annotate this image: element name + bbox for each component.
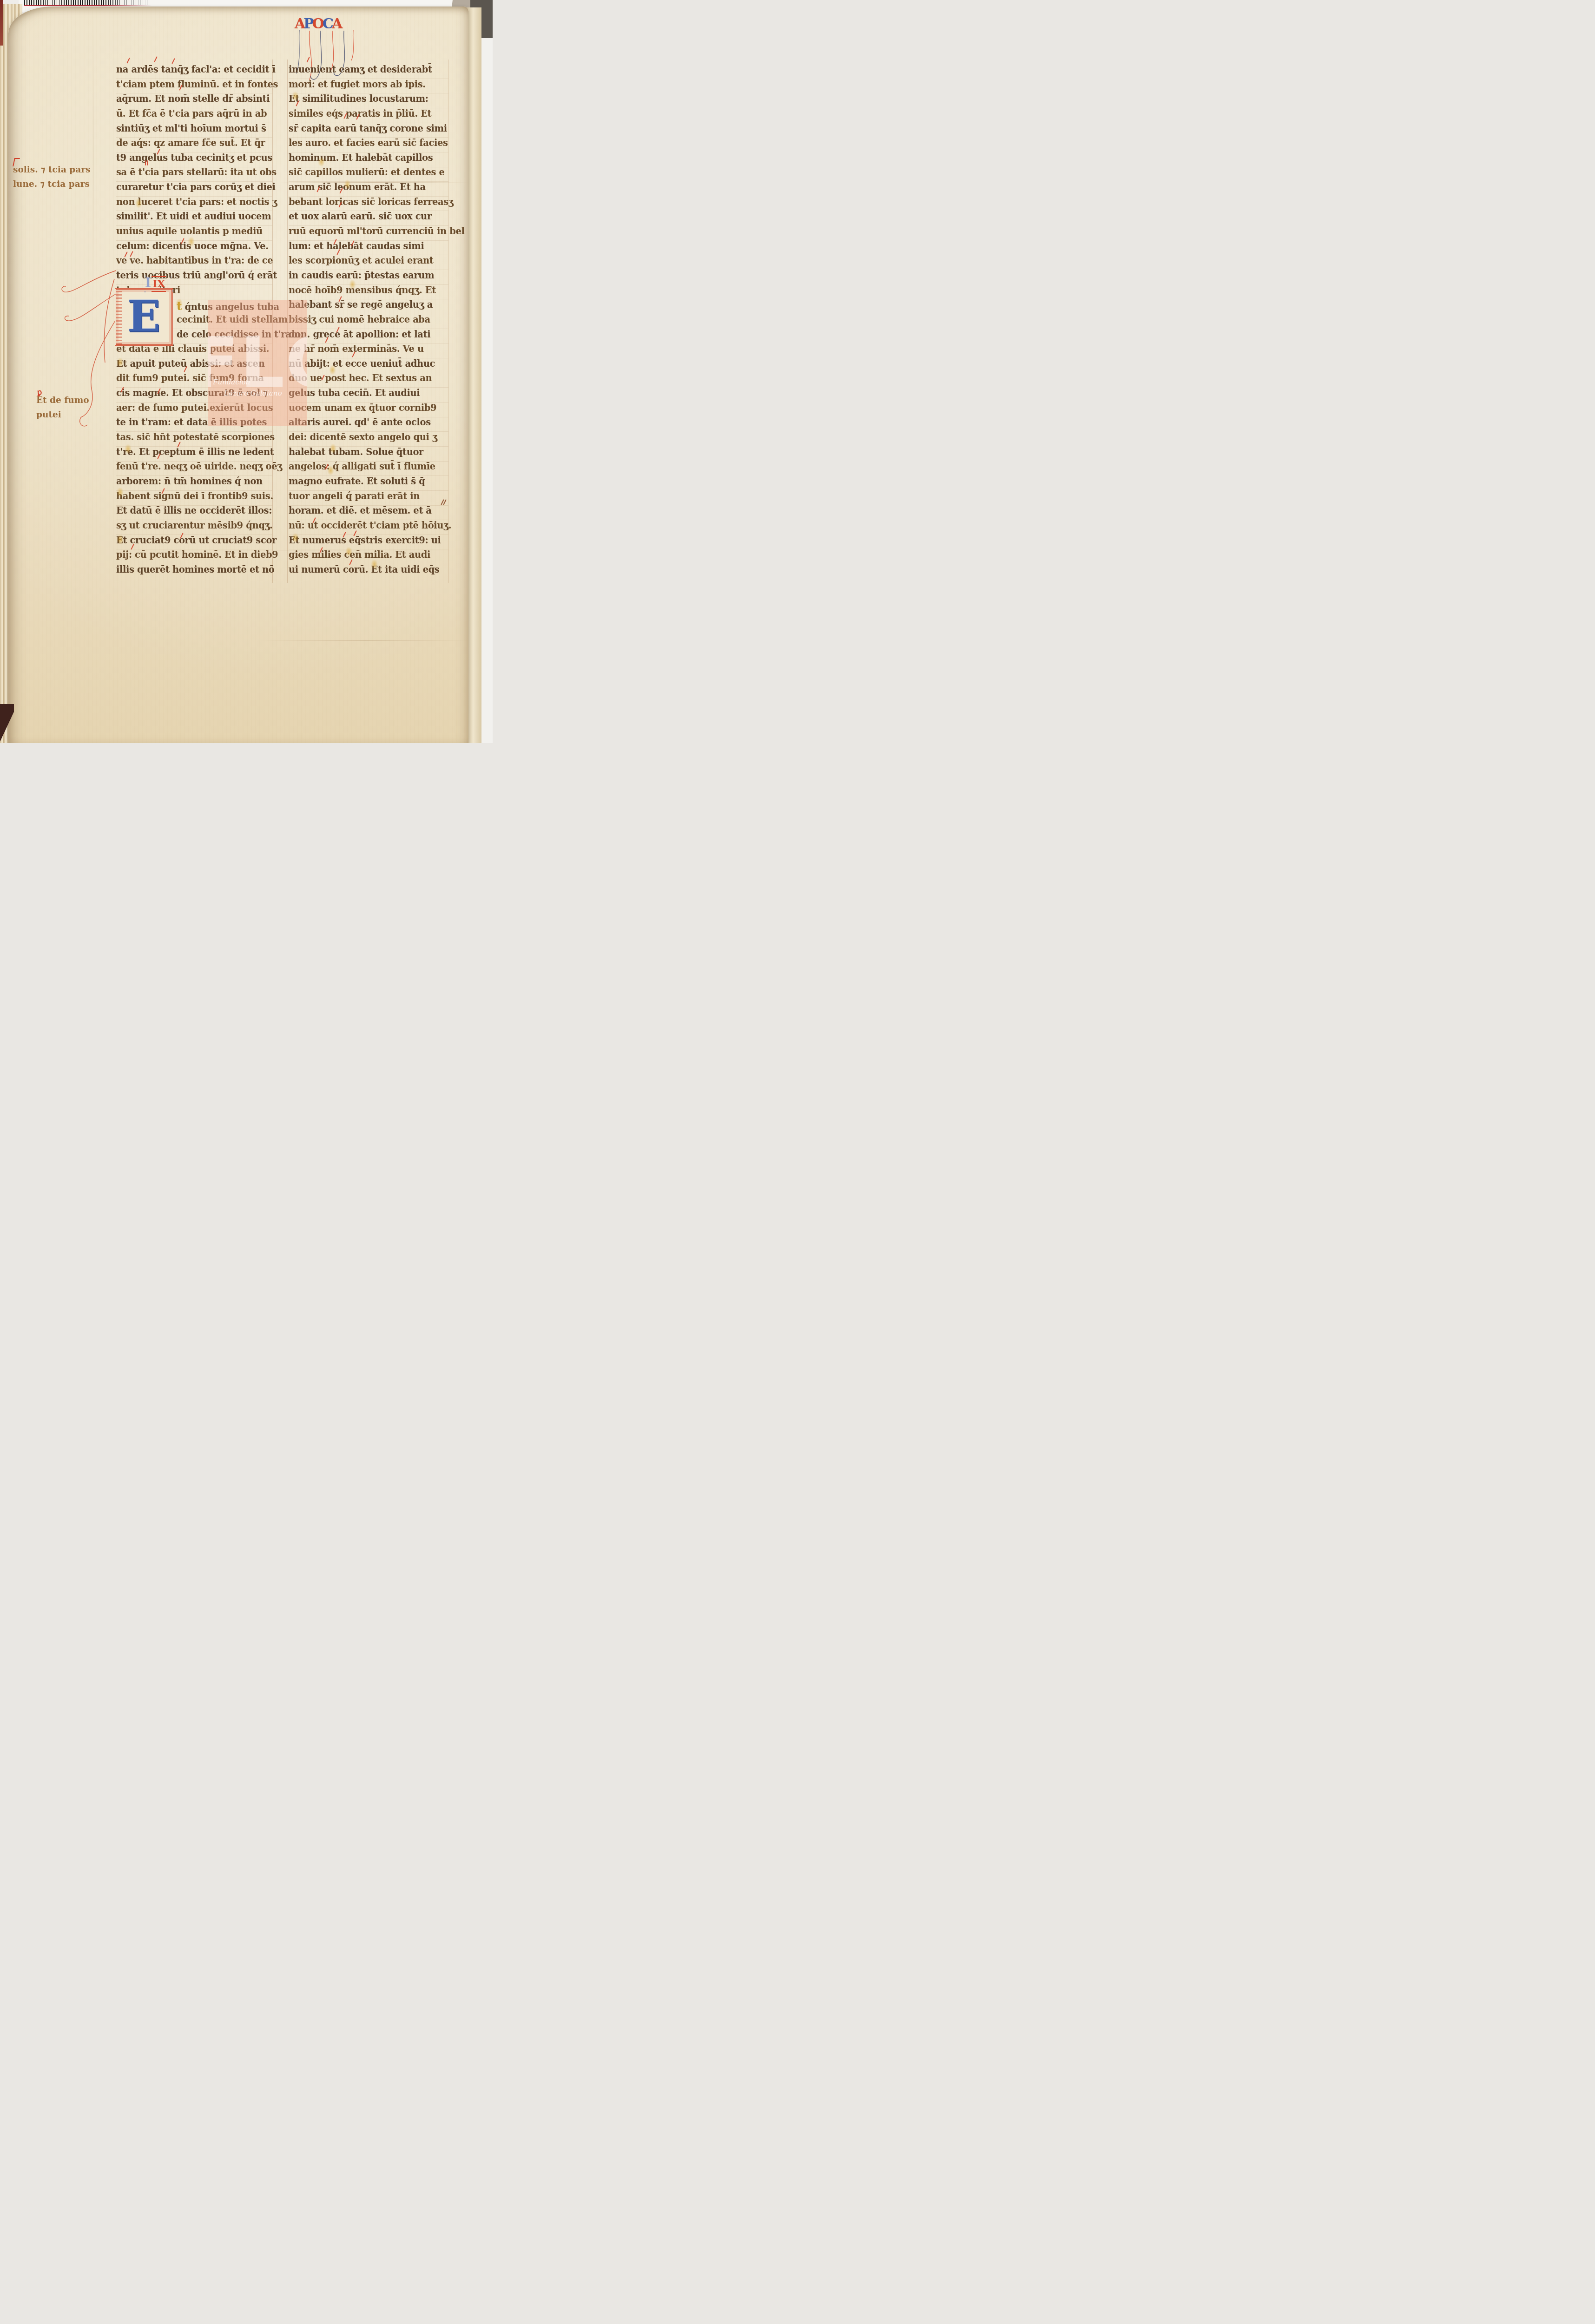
manuscript-photo: APOCA na ardēs tanq̄ʒ facl'a: et cecidit… [0,0,493,743]
gold-highlight [327,465,334,475]
margin-note-fumo: Et de fumo putei [36,393,89,422]
text-line: Et datū ē illis ne occiderēt illos: [116,505,272,520]
text-line: de aq́s: qz amare fc̄e sut̄. Et q̄r [116,138,272,152]
red-insert-stroke [147,160,148,165]
chapter-number: IX [152,276,166,292]
decorated-initial-E: E [115,288,173,346]
text-line: curaretur t'cia pars corūʒ et diei [116,182,272,197]
text-line: ū. Et fc̄a ē t'cia pars aq̄rū in ab [116,108,272,123]
margin-note-text: Et de fumo [36,393,89,408]
gold-highlight [117,357,124,368]
measuring-ruler [24,0,160,6]
text-line: halebat tubam. Solue q̄tuor [289,447,448,462]
text-line: fenū t're. neqʒ oē uiride. neqʒ oēʒ [116,461,272,476]
text-line: don. grece āt apollion: et lati [289,329,448,344]
text-line: habent signū dei ī frontib9 suis. [116,491,272,506]
text-line: arborem: n̄ tm̄ homines q́ non [116,476,272,491]
text-line: t9 angelus tuba cecinitʒ et pcus [116,152,272,167]
margin-note-text: lune. ⁊ tcia pars [13,177,90,191]
gold-highlight [344,179,351,190]
text-line: halebant sr̄ se regē angeluʒ a [289,299,448,314]
text-line: similit'. Et uidi et audiui uocem [116,211,272,226]
text-line: les scorpionūʒ et aculei erant [289,255,448,270]
text-line: aq̄rum. Et nom̄ stelle dr̄ absinti [116,93,272,108]
gold-highlight [135,198,142,208]
gold-highlight [371,559,378,569]
text-line: bebant loricas sic̄ loricas ferreasʒ [289,197,448,211]
text-line: ui numerū corū. Et ita uidi eq̄s [289,564,448,579]
stock-watermark: FLG Fundación Lázaro Galdiano [208,300,307,426]
text-line: t're. Et pceptum ē illis ne ledent [116,447,272,462]
text-line: pij: cū pcutit hominē. Et in dieb9 [116,549,272,564]
text-line: lum: et halebāt caudas simi [289,241,448,256]
text-line: arum sic̄ leonum erāt. Et ha [289,182,448,197]
gold-highlight [345,547,352,557]
text-line: magno eufrate. Et soluti s̄ q̄ [289,476,448,491]
red-insert-stroke [145,160,146,165]
text-line: sa ē t'cia pars stellarū: ita ut obs [116,167,272,182]
watermark-caption: Lázaro Galdiano [224,389,282,397]
chapter-blue-stroke: I [145,275,151,290]
text-line: gies milies cen̄ milia. Et audi [289,549,448,564]
text-line: mori: et fugiet mors ab ipis. [289,79,448,94]
text-line: altaris aurei. qd' ē ante oclos [289,417,448,432]
gold-highlight [330,443,336,454]
parchment-fold [49,10,49,252]
text-line: les auro. et facies earū sic̄ facies [289,138,448,152]
text-line: t'ciam ptem fluminū. et in fontes [116,79,272,94]
text-line: teris uocibus triū angl'orū q́ erāt [116,270,272,285]
text-line: bissiʒ cui nomē hebraice aba [289,314,448,329]
gold-highlight [117,487,124,497]
text-line: inuenient eamʒ et desiderabt̄ [289,64,448,79]
text-line: ruū equorū ml'torū currenciū in bel [289,226,448,241]
text-line: horam. et diē. et mēsem. et ā [289,505,448,520]
margin-note-solis: solis. ⁊ tcia pars lune. ⁊ tcia pars [13,163,90,191]
text-line: hominum. Et halebāt capillos [289,152,448,167]
text-line: angelos: q́ alligati sut̄ ī flumīe [289,461,448,476]
text-line: tas. sic̄ hn̄t potestatē scorpiones [116,432,272,447]
text-line: illis querēt homines mortē et nō [116,564,272,579]
parchment-crease [260,640,469,641]
text-line: duo ue post hec. Et sextus an [289,373,448,388]
text-line: ne hr̄ nom̄ exterminās. Ve u [289,343,448,358]
gold-highlight [125,444,132,454]
gold-highlight [188,237,195,247]
binding-corner [0,704,14,743]
text-line: ve ve. habitantibus in t'ra: de ce [116,255,272,270]
text-line: sic̄ capillos mulierū: et dentes e [289,167,448,182]
text-line: na ardēs tanq̄ʒ facl'a: et cecidit ī [116,64,272,79]
text-line: Et cruciat9 corū ut cruciat9 scor [116,535,272,550]
text-line: Et similitudines locustarum: [289,93,448,108]
watermark-letters: FLG [208,303,307,423]
text-column-right: inuenient eamʒ et desiderabt̄mori: et fu… [289,64,448,579]
margin-note-text: solis. ⁊ tcia pars [13,163,90,177]
margin-note-text: putei [36,408,89,422]
text-line: sʒ ut cruciarentur mēsib9 q́nqʒ. [116,520,272,535]
text-line: in caudis earū: p̄testas earum [289,270,448,285]
gold-highlight [292,91,299,101]
chapter-number-ornament: I IX [147,276,171,293]
gold-highlight [176,298,183,309]
gold-highlight [349,279,356,290]
text-line: similes eq́s paratis in p̄liū. Et [289,108,448,123]
text-line: gelus tuba cecin̄. Et audiui [289,388,448,403]
watermark-caption: Fundación [213,378,250,386]
text-line: sr̄ capita earū tanq̄ʒ corone simi [289,123,448,138]
initial-letter: E [127,291,161,342]
text-line: dei: dicentē sexto angelo qui ʒ [289,432,448,447]
text-line: uocem unam ex q̄tuor cornib9 [289,403,448,417]
page-edge-right [467,7,481,743]
gold-highlight [292,533,299,543]
text-line: nocē hoīb9 mensibus q́nqʒ. Et [289,285,448,300]
text-line: nū abijt: et ecce ueniut̄ adhuc [289,358,448,373]
text-line: et uox alarū earū. sic̄ uox cur [289,211,448,226]
backdrop-right [481,0,493,743]
text-line: tuor angeli q́ parati erāt in [289,491,448,506]
gold-highlight [318,157,325,167]
gold-highlight [329,365,336,375]
text-line: Et numerus eq̄stris exercit9: ui [289,535,448,550]
text-line: sintiūʒ et ml'ti hoīum mortui s̄ [116,123,272,138]
binding-edge [0,0,3,46]
gold-highlight [117,535,124,545]
